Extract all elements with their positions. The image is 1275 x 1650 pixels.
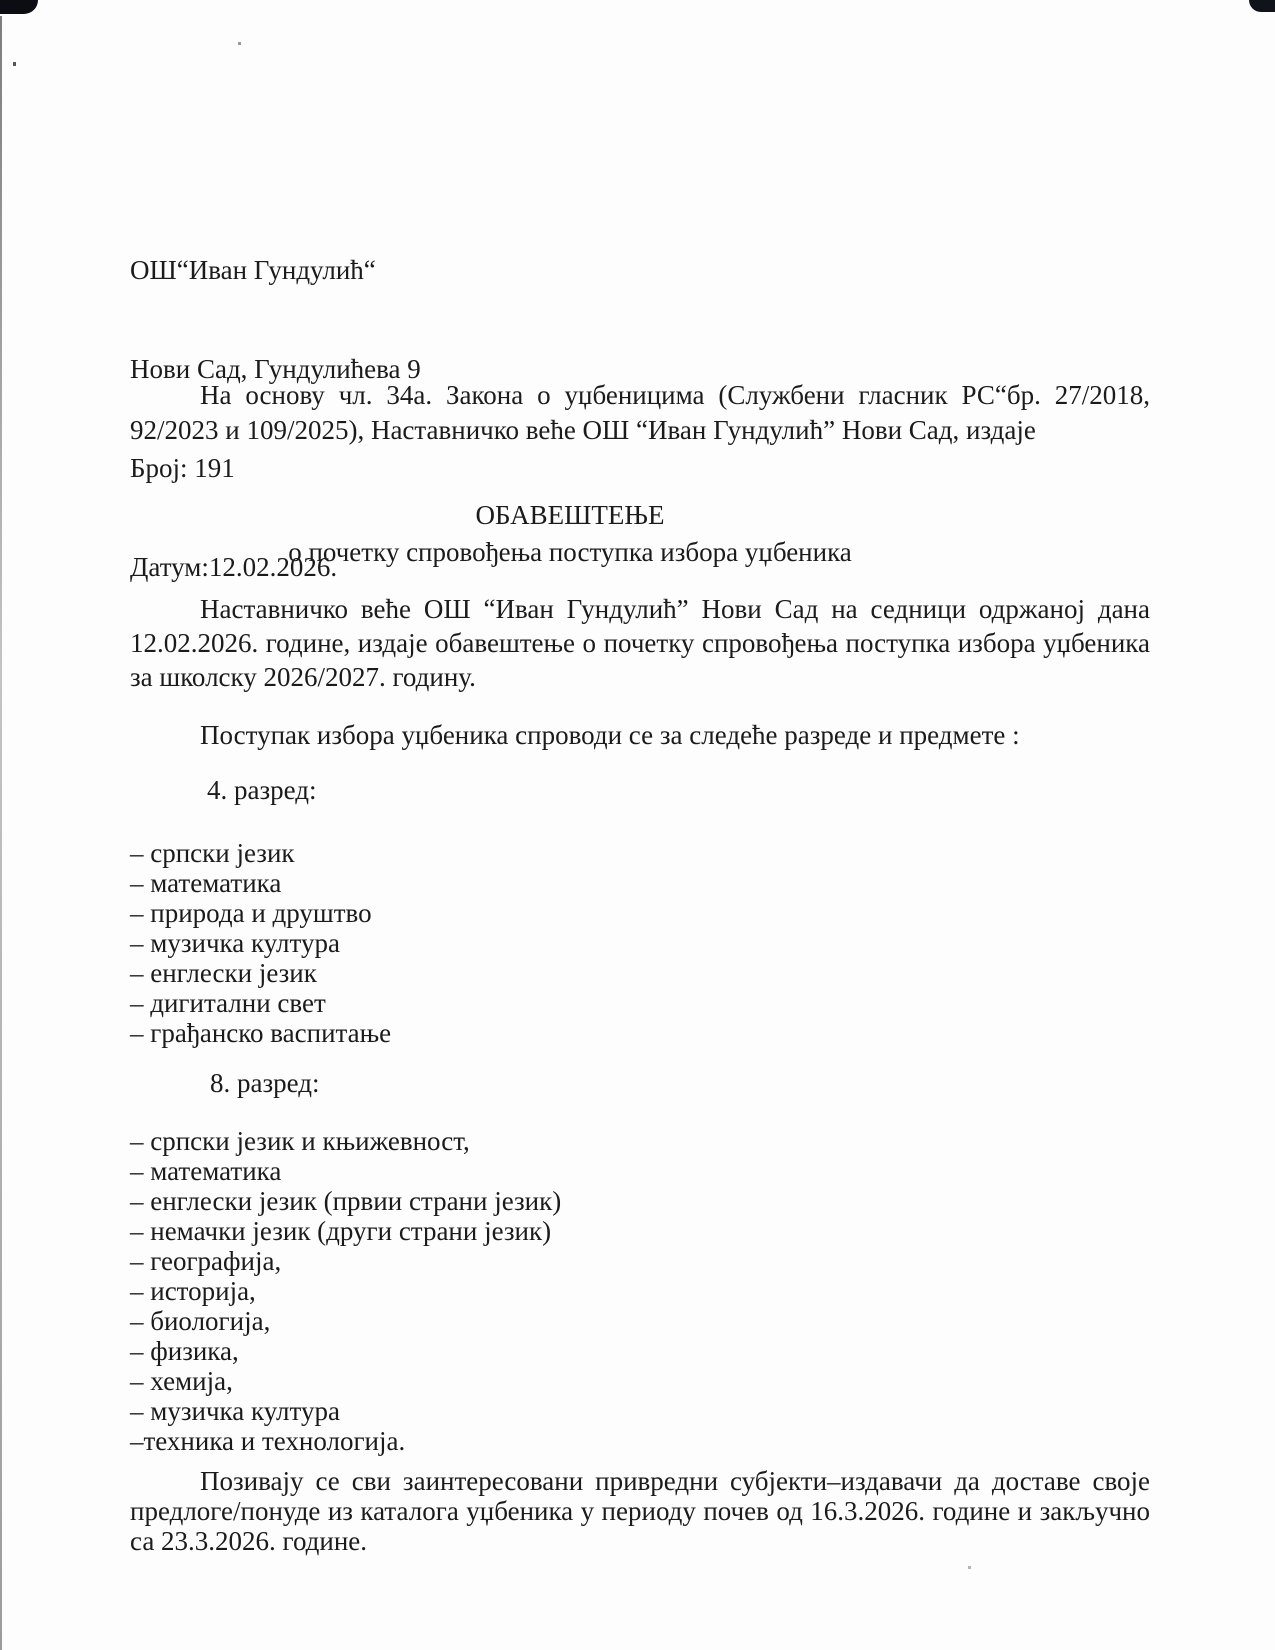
subject-item: – грађанско васпитање: [130, 1018, 1150, 1048]
legal-basis-paragraph: На основу чл. 34а. Закона о уџбеницима (…: [130, 378, 1150, 448]
session-paragraph: Наставничко веће ОШ “Иван Гундулић” Нови…: [130, 592, 1150, 694]
document-subtitle: о почетку спровођења поступка избора уџб…: [130, 537, 1010, 568]
grade8-subject-list: – српски језик и књижевност, – математик…: [130, 1126, 1150, 1456]
subject-item: –техника и технологија.: [130, 1426, 1150, 1456]
scan-speck: [968, 1566, 971, 1569]
subject-item: – биологија,: [130, 1306, 1150, 1336]
subject-item: – српски језик и књижевност,: [130, 1126, 1150, 1156]
subject-item: – физика,: [130, 1336, 1150, 1366]
subject-item: – дигитални свет: [130, 988, 1150, 1018]
scanned-document-page: ОШ“Иван Гундулић“ Нови Сад, Гундулићева …: [0, 0, 1275, 1650]
subject-item: – енглески језик (првии страни језик): [130, 1186, 1150, 1216]
school-name: ОШ“Иван Гундулић“: [130, 254, 1150, 287]
subject-item: – музичка култура: [130, 1396, 1150, 1426]
grade8-heading: 8. разред:: [210, 1068, 710, 1099]
subject-item: – хемија,: [130, 1366, 1150, 1396]
invitation-paragraph: Позивају се сви заинтересовани привредни…: [130, 1466, 1150, 1556]
subject-item: – природа и друштво: [130, 898, 1150, 928]
document-title: ОБАВЕШТЕЊЕ: [130, 500, 1010, 531]
subject-item: – музичка култура: [130, 928, 1150, 958]
scan-edge-left: [0, 16, 2, 1650]
subject-item: – немачки језик (други страни језик): [130, 1216, 1150, 1246]
scan-speck: [238, 42, 241, 45]
subject-item: – географија,: [130, 1246, 1150, 1276]
grade4-heading: 4. разред:: [207, 775, 707, 806]
subject-item: – историја,: [130, 1276, 1150, 1306]
document-number: Број: 191: [130, 452, 1150, 485]
scan-artifact-top-right: [1249, 0, 1275, 12]
subject-item: – српски језик: [130, 838, 1150, 868]
subject-item: – енглески језик: [130, 958, 1150, 988]
scan-speck: [13, 62, 16, 66]
procedure-paragraph: Поступак избора уџбеника спроводи се за …: [130, 720, 1150, 751]
grade4-subject-list: – српски језик – математика – природа и …: [130, 838, 1150, 1048]
scan-artifact-top-left: [0, 0, 38, 14]
subject-item: – математика: [130, 1156, 1150, 1186]
subject-item: – математика: [130, 868, 1150, 898]
